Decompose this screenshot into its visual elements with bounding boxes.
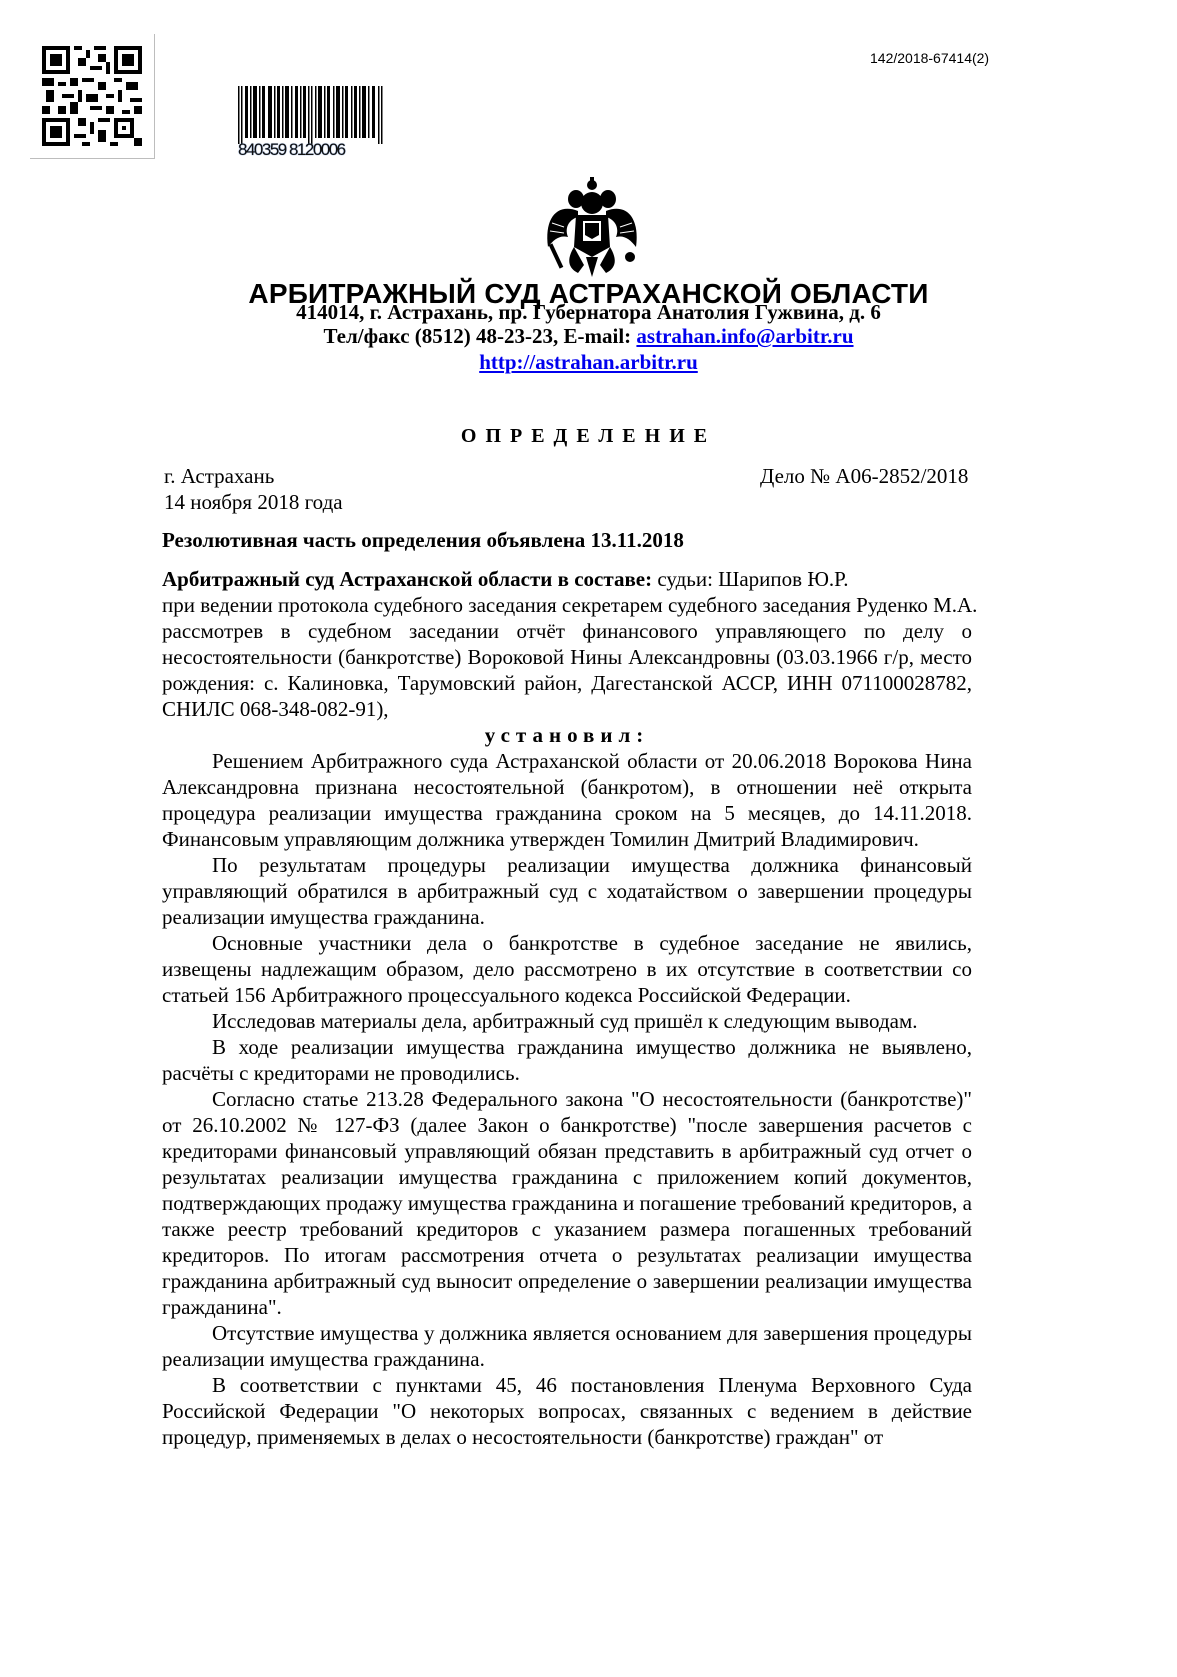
court-contacts: Тел/факс (8512) 48-23-23, E-mail: astrah… <box>0 324 1177 349</box>
judge: судьи: Шарипов Ю.Р. <box>652 567 848 591</box>
paragraph: Отсутствие имущества у должника является… <box>162 1320 972 1372</box>
court-composition: Арбитражный суд Астраханской области в с… <box>162 566 1042 592</box>
barcode-number: 840359 8120006 <box>238 140 384 160</box>
barcode-icon <box>238 86 384 144</box>
website-line: http://astrahan.arbitr.ru <box>0 350 1177 375</box>
resolution-note-text: Резолютивная часть определения объявлена… <box>162 527 1042 553</box>
secretary-line: при ведении протокола судебного заседани… <box>162 592 1042 618</box>
paragraph: Решением Арбитражного суда Астраханской … <box>162 748 972 852</box>
document-id: 142/2018-67414(2) <box>870 50 989 66</box>
document-type: ОПРЕДЕЛЕНИЕ <box>0 425 1177 448</box>
composition-label: Арбитражный суд Астраханской области в с… <box>162 567 652 591</box>
findings: Решением Арбитражного суда Астраханской … <box>162 748 972 1450</box>
paragraph: Согласно статье 213.28 Федерального зако… <box>162 1086 972 1320</box>
paragraph: Исследовав материалы дела, арбитражный с… <box>162 1008 972 1034</box>
city: г. Астрахань <box>164 464 274 489</box>
considering-paragraph: рассмотрев в судебном заседании отчёт фи… <box>162 618 972 722</box>
resolution-note: Резолютивная часть определения объявлена… <box>162 527 1042 553</box>
qr-code-icon <box>42 46 142 146</box>
phone-fax: Тел/факс (8512) 48-23-23, E-mail: <box>323 324 636 348</box>
paragraph: В соответствии с пунктами 45, 46 постано… <box>162 1372 972 1450</box>
paragraph: В ходе реализации имущества гражданина и… <box>162 1034 972 1086</box>
document-body: Арбитражный суд Астраханской области в с… <box>162 566 1042 1450</box>
case-number: Дело № А06-2852/2018 <box>760 464 968 489</box>
website-link[interactable]: http://astrahan.arbitr.ru <box>479 350 698 374</box>
coat-of-arms-icon <box>538 177 646 279</box>
established-heading: установил: <box>162 722 972 748</box>
paragraph: Основные участники дела о банкротстве в … <box>162 930 972 1008</box>
qr-code-frame <box>30 34 155 159</box>
paragraph: По результатам процедуры реализации имущ… <box>162 852 972 930</box>
court-address: 414014, г. Астрахань, пр. Губернатора Ан… <box>0 300 1177 325</box>
document-date: 14 ноября 2018 года <box>164 490 343 515</box>
email-link[interactable]: astrahan.info@arbitr.ru <box>636 324 853 348</box>
